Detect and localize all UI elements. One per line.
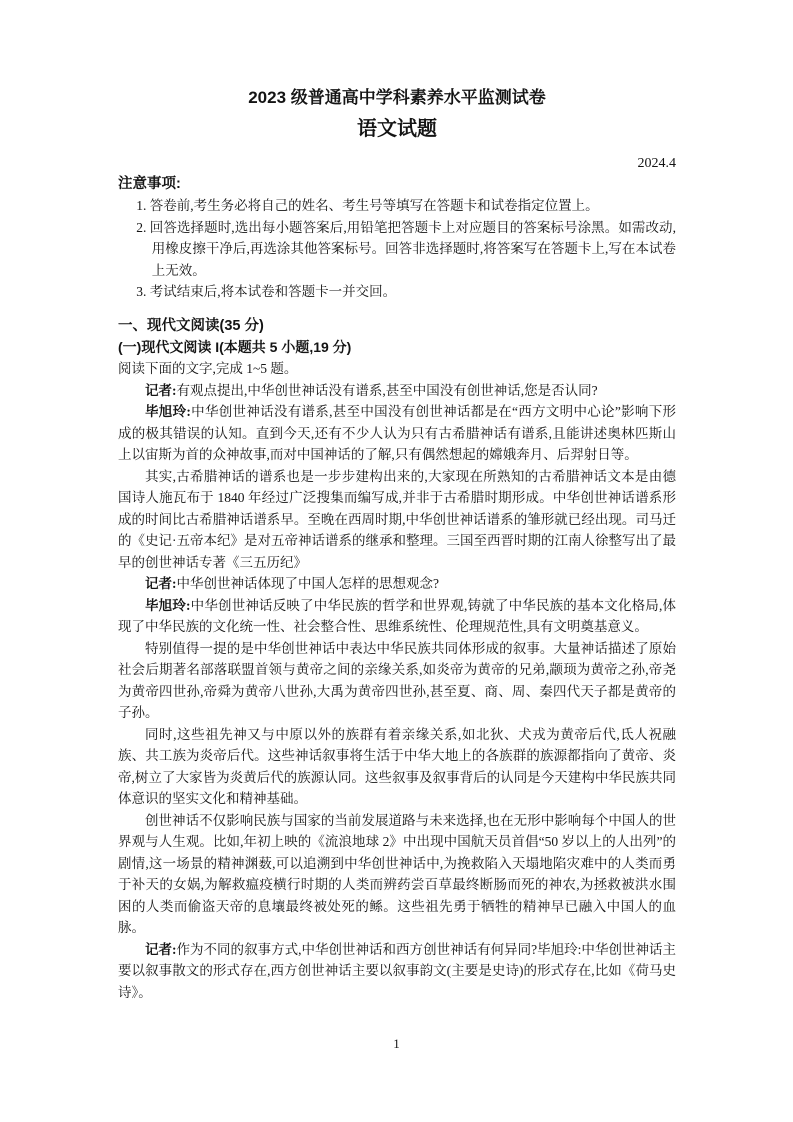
notice-item: 1. 答卷前,考生务必将自己的姓名、考生号等填写在答题卡和试卷指定位置上。 bbox=[118, 195, 676, 217]
exam-date: 2024.4 bbox=[118, 153, 676, 174]
speaker-label: 毕旭玲: bbox=[145, 404, 191, 419]
reading-section: 一、现代文阅读(35 分) (一)现代文阅读 I(本题共 5 小题,19 分) … bbox=[118, 315, 676, 1004]
reading-instruction: 阅读下面的文字,完成 1~5 题。 bbox=[118, 358, 676, 380]
speaker-label: 毕旭玲: bbox=[145, 598, 191, 613]
notice-item: 3. 考试结束后,将本试卷和答题卡一并交回。 bbox=[118, 281, 676, 303]
speaker-label: 记者: bbox=[145, 576, 177, 591]
paragraph-text: 中华创世神话反映了中华民族的哲学和世界观,铸就了中华民族的基本文化格局,体现了中… bbox=[118, 598, 676, 635]
notice-list: 1. 答卷前,考生务必将自己的姓名、考生号等填写在答题卡和试卷指定位置上。 2.… bbox=[118, 195, 676, 303]
notice-item: 2. 回答选择题时,选出每小题答案后,用铅笔把答题卡上对应题目的答案标号涂黑。如… bbox=[118, 217, 676, 282]
passage-paragraph: 记者:有观点提出,中华创世神话没有谱系,甚至中国没有创世神话,您是否认同? bbox=[118, 380, 676, 402]
page-number: 1 bbox=[0, 1036, 793, 1052]
section-subheading: (一)现代文阅读 I(本题共 5 小题,19 分) bbox=[118, 337, 676, 359]
paragraph-text: 有观点提出,中华创世神话没有谱系,甚至中国没有创世神话,您是否认同? bbox=[177, 383, 598, 398]
passage-paragraph: 毕旭玲:中华创世神话反映了中华民族的哲学和世界观,铸就了中华民族的基本文化格局,… bbox=[118, 595, 676, 638]
paragraph-text: 中华创世神话体现了中国人怎样的思想观念? bbox=[177, 576, 440, 591]
passage-paragraph: 记者:作为不同的叙事方式,中华创世神话和西方创世神话有何异同?毕旭玲:中华创世神… bbox=[118, 939, 676, 1004]
passage-paragraph: 创世神话不仅影响民族与国家的当前发展道路与未来选择,也在无形中影响每个中国人的世… bbox=[118, 810, 676, 939]
exam-header: 2023 级普通高中学科素养水平监测试卷 语文试题 2024.4 bbox=[118, 86, 676, 174]
passage: 记者:有观点提出,中华创世神话没有谱系,甚至中国没有创世神话,您是否认同? 毕旭… bbox=[118, 380, 676, 1004]
passage-paragraph: 特别值得一提的是中华创世神话中表达中华民族共同体形成的叙事。大量神话描述了原始社… bbox=[118, 638, 676, 724]
paragraph-text: 创世神话不仅影响民族与国家的当前发展道路与未来选择,也在无形中影响每个中国人的世… bbox=[118, 813, 676, 936]
paragraph-text: 中华创世神话没有谱系,甚至中国没有创世神话都是在“西方文明中心论”影响下形成的极… bbox=[118, 404, 676, 462]
exam-title: 2023 级普通高中学科素养水平监测试卷 bbox=[118, 86, 676, 110]
passage-paragraph: 同时,这些祖先神又与中原以外的族群有着亲缘关系,如北狄、犬戎为黄帝后代,氐人祝融… bbox=[118, 724, 676, 810]
speaker-label: 记者: bbox=[145, 383, 177, 398]
notice-heading: 注意事项: bbox=[118, 174, 676, 195]
speaker-label: 记者: bbox=[145, 942, 177, 957]
paragraph-text: 同时,这些祖先神又与中原以外的族群有着亲缘关系,如北狄、犬戎为黄帝后代,氐人祝融… bbox=[118, 727, 676, 807]
paragraph-text: 其实,古希腊神话的谱系也是一步步建构出来的,大家现在所熟知的古希腊神话文本是由德… bbox=[118, 469, 676, 570]
paragraph-text: 作为不同的叙事方式,中华创世神话和西方创世神话有何异同?毕旭玲:中华创世神话主要… bbox=[118, 942, 676, 1000]
exam-page: 2023 级普通高中学科素养水平监测试卷 语文试题 2024.4 注意事项: 1… bbox=[0, 0, 793, 1122]
passage-paragraph: 毕旭玲:中华创世神话没有谱系,甚至中国没有创世神话都是在“西方文明中心论”影响下… bbox=[118, 401, 676, 466]
passage-paragraph: 其实,古希腊神话的谱系也是一步步建构出来的,大家现在所熟知的古希腊神话文本是由德… bbox=[118, 466, 676, 574]
notice-section: 注意事项: 1. 答卷前,考生务必将自己的姓名、考生号等填写在答题卡和试卷指定位… bbox=[118, 174, 676, 303]
paragraph-text: 特别值得一提的是中华创世神话中表达中华民族共同体形成的叙事。大量神话描述了原始社… bbox=[118, 641, 676, 721]
passage-paragraph: 记者:中华创世神话体现了中国人怎样的思想观念? bbox=[118, 573, 676, 595]
section-heading: 一、现代文阅读(35 分) bbox=[118, 315, 676, 337]
exam-subtitle: 语文试题 bbox=[118, 115, 676, 143]
